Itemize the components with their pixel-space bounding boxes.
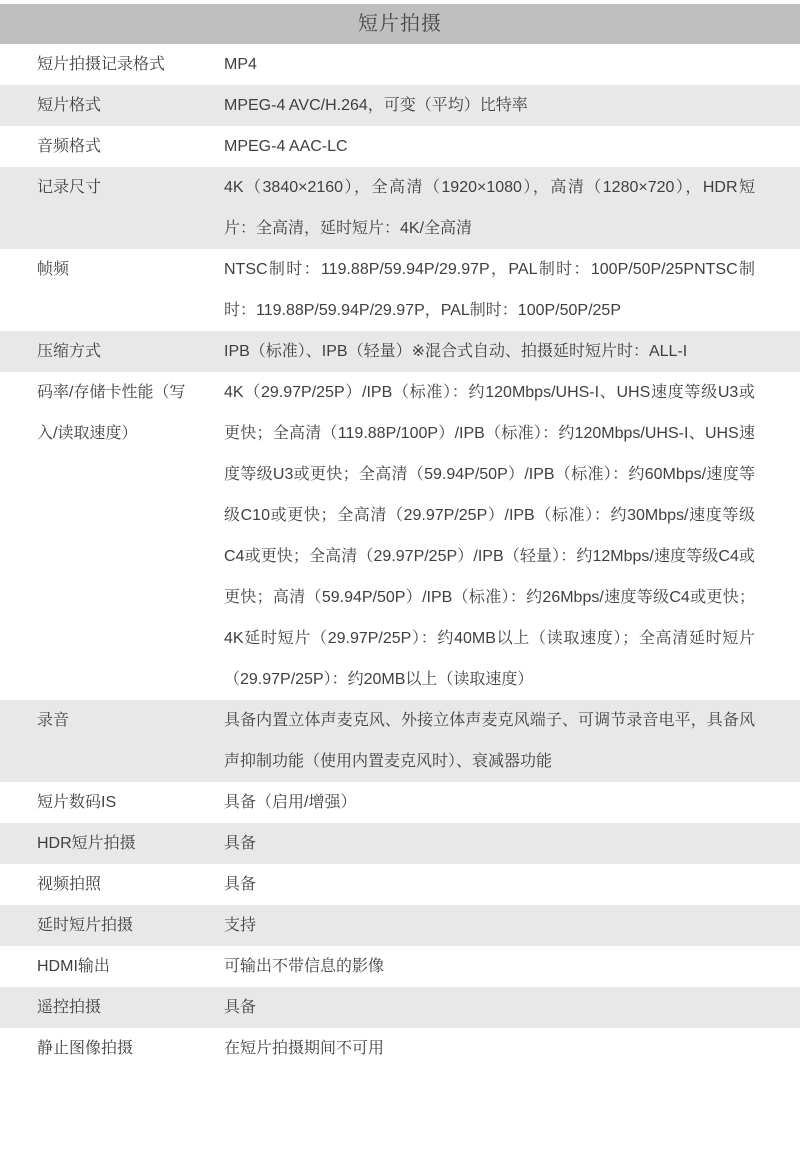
spec-row-bitrate-card-performance: 码率/存储卡性能（写入/读取速度） 4K（29.97P/25P）/IPB（标准）… [0, 372, 800, 700]
spec-rows: 短片拍摄记录格式 MP4 短片格式 MPEG-4 AVC/H.264，可变（平均… [0, 44, 800, 1069]
spec-label: 遥控拍摄 [37, 987, 187, 1028]
spec-value: IPB（标准）、IPB（轻量）※混合式自动、拍摄延时短片时：ALL-I [224, 331, 755, 372]
spec-row-sound-recording: 录音 具备内置立体声麦克风、外接立体声麦克风端子、可调节录音电平，具备风声抑制功… [0, 700, 800, 782]
spec-value: 4K（29.97P/25P）/IPB（标准）：约120Mbps/UHS-I、UH… [224, 372, 755, 700]
spec-value: 在短片拍摄期间不可用 [224, 1028, 755, 1069]
spec-value: 具备 [224, 864, 755, 905]
spec-value: 支持 [224, 905, 755, 946]
spec-value: 可输出不带信息的影像 [224, 946, 755, 987]
spec-label: 静止图像拍摄 [37, 1028, 187, 1069]
spec-row-video-snapshot: 视频拍照 具备 [0, 864, 800, 905]
spec-row-recording-format: 短片拍摄记录格式 MP4 [0, 44, 800, 85]
spec-label: 音频格式 [37, 126, 187, 167]
spec-row-still-photo-shooting: 静止图像拍摄 在短片拍摄期间不可用 [0, 1028, 800, 1069]
spec-value: 4K（3840×2160），全高清（1920×1080），高清（1280×720… [224, 167, 755, 249]
spec-label: 录音 [37, 700, 187, 741]
spec-value: MPEG-4 AAC-LC [224, 126, 755, 167]
spec-table: 短片拍摄 短片拍摄记录格式 MP4 短片格式 MPEG-4 AVC/H.264，… [0, 4, 800, 1069]
spec-label: 记录尺寸 [37, 167, 187, 208]
spec-row-remote-shooting: 遥控拍摄 具备 [0, 987, 800, 1028]
spec-row-hdmi-output: HDMI输出 可输出不带信息的影像 [0, 946, 800, 987]
spec-label: 延时短片拍摄 [37, 905, 187, 946]
spec-label: HDMI输出 [37, 946, 187, 987]
spec-label: 帧频 [37, 249, 187, 290]
spec-value: 具备内置立体声麦克风、外接立体声麦克风端子、可调节录音电平，具备风声抑制功能（使… [224, 700, 755, 782]
spec-label: 视频拍照 [37, 864, 187, 905]
spec-row-movie-format: 短片格式 MPEG-4 AVC/H.264，可变（平均）比特率 [0, 85, 800, 126]
spec-row-compression: 压缩方式 IPB（标准）、IPB（轻量）※混合式自动、拍摄延时短片时：ALL-I [0, 331, 800, 372]
spec-row-frame-rate: 帧频 NTSC制时：119.88P/59.94P/29.97P，PAL制时：10… [0, 249, 800, 331]
spec-value: MPEG-4 AVC/H.264，可变（平均）比特率 [224, 85, 755, 126]
section-title: 短片拍摄 [0, 4, 800, 44]
spec-label: 短片拍摄记录格式 [37, 44, 187, 85]
spec-value: 具备（启用/增强） [224, 782, 755, 823]
spec-label: 短片数码IS [37, 782, 187, 823]
spec-value: MP4 [224, 44, 755, 85]
spec-row-recording-size: 记录尺寸 4K（3840×2160），全高清（1920×1080），高清（128… [0, 167, 800, 249]
spec-label: HDR短片拍摄 [37, 823, 187, 864]
spec-row-audio-format: 音频格式 MPEG-4 AAC-LC [0, 126, 800, 167]
spec-label: 压缩方式 [37, 331, 187, 372]
spec-label: 码率/存储卡性能（写入/读取速度） [37, 372, 187, 454]
spec-row-timelapse-movie: 延时短片拍摄 支持 [0, 905, 800, 946]
spec-value: 具备 [224, 823, 755, 864]
spec-row-hdr-movie: HDR短片拍摄 具备 [0, 823, 800, 864]
spec-value: NTSC制时：119.88P/59.94P/29.97P，PAL制时：100P/… [224, 249, 755, 331]
spec-row-movie-digital-is: 短片数码IS 具备（启用/增强） [0, 782, 800, 823]
spec-label: 短片格式 [37, 85, 187, 126]
spec-value: 具备 [224, 987, 755, 1028]
